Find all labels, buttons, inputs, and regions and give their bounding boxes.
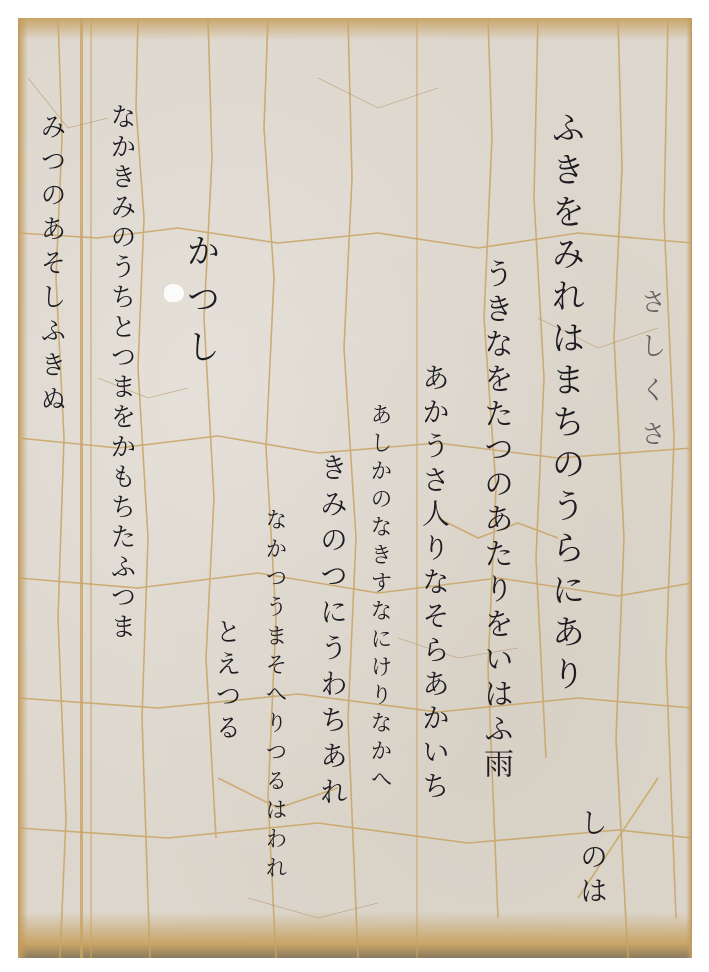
text-column-9: かつし: [183, 233, 217, 377]
text-column-4: あかうさ人りなそらあかいち: [420, 363, 448, 805]
text-column-8: とえつる: [213, 618, 239, 746]
manuscript-leaf: ふきをみれはまちのうらにあり しのは さしくさ うきなをたつのあたりをいはふ雨 …: [18, 18, 692, 958]
text-column-5: あしかのなきすなにけりなかへ: [368, 403, 390, 795]
text-column-7: なかつうまそへりつるはわれ: [263, 508, 285, 885]
text-column-10: なかきみのうちとつまをかもちたふつま: [108, 103, 134, 643]
text-column-1b: しのは: [578, 808, 606, 910]
text-column-1: ふきをみれはまちのうらにあり: [548, 110, 582, 698]
text-column-2: さしくさ: [638, 288, 664, 464]
text-column-6: きみのつにうわちあれ: [318, 453, 346, 813]
text-column-11: みつのあそしふきぬ: [38, 113, 64, 419]
text-column-3: うきなをたつのあたりをいはふ雨: [480, 258, 510, 783]
